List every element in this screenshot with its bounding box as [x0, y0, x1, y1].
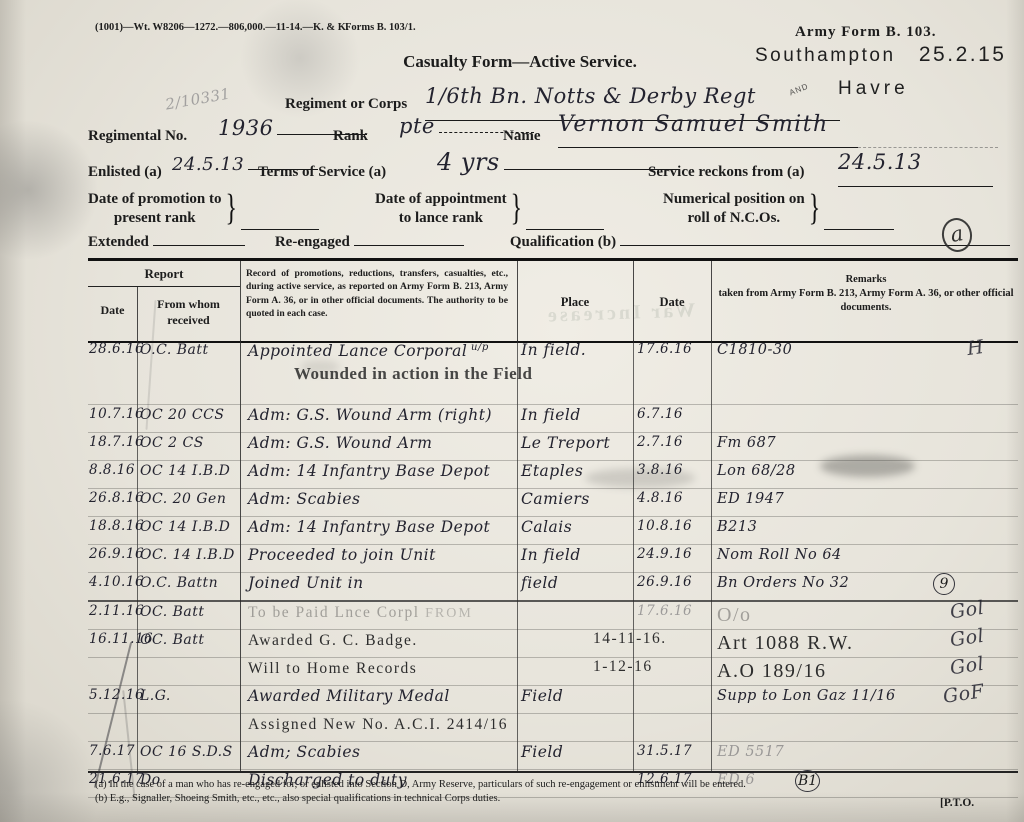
brace: }: [809, 188, 821, 230]
cell-place: field: [521, 575, 633, 593]
promotion-label-2: present rank: [88, 209, 221, 228]
cell-report-date: 18.7.16: [89, 435, 137, 451]
name-label: Name: [503, 128, 541, 145]
table-row: 16.11.16OC. BattAwarded G. C. Badge.14-1…: [88, 630, 1018, 658]
cell-place: Field: [521, 688, 633, 706]
cell-from-whom: OC 14 I.B.D: [140, 519, 240, 535]
cell-date2: 4.8.16: [637, 491, 711, 507]
table-row: 4.10.16O.C. BattnJoined Unit infield26.9…: [88, 573, 1018, 602]
cell-date2: 10.8.16: [637, 519, 711, 535]
table-row: 2.11.16OC. BattTo be Paid Lnce Corpl FRO…: [88, 602, 1018, 630]
wounded-stamp: Wounded in action in the Field: [294, 364, 668, 384]
appointment-label-1: Date of appointment: [375, 190, 507, 209]
cell-from-whom: OC. Batt: [140, 632, 240, 648]
numerical-group: Numerical position on roll of N.C.Os. }: [663, 190, 894, 230]
page-title: Casualty Form—Active Service.: [330, 52, 710, 72]
table-row: 18.8.16OC 14 I.B.DAdm: 14 Infantry Base …: [88, 517, 1018, 545]
cell-report-date: 4.10.16: [89, 575, 137, 591]
margin-initials: H: [965, 336, 985, 360]
cell-date2: 17.6.16: [637, 604, 711, 620]
reckons-label: Service reckons from (a): [648, 164, 804, 181]
havre-stamp: Havre: [838, 78, 909, 100]
promotion-group: Date of promotion to present rank }: [88, 190, 319, 230]
appointment-group: Date of appointment to lance rank }: [375, 190, 604, 230]
terms-label: Terms of Service (a): [258, 164, 386, 181]
cell-place: Calais: [521, 519, 633, 537]
table-row: 26.8.16OC. 20 GenAdm: ScabiesCamiers4.8.…: [88, 489, 1018, 517]
reckons-value: 24.5.13: [838, 150, 922, 174]
stamp-port-name: Southampton: [755, 45, 896, 66]
circled-mark: 9: [933, 573, 955, 595]
cell-report-date: 26.8.16: [89, 491, 137, 507]
table-row: 7.6.17OC 16 S.D.SAdm; ScabiesField31.5.1…: [88, 742, 1018, 770]
margin-initials: Gol: [948, 653, 985, 680]
cell-date2: 26.9.16: [637, 575, 711, 591]
cell-report-date: 26.9.16: [89, 547, 137, 563]
cell-date2: 17.6.16: [637, 342, 711, 358]
cell-place: Camiers: [521, 491, 633, 509]
name-field: Vernon Samuel Smith: [558, 112, 998, 153]
cell-date2: 31.5.17: [637, 744, 711, 760]
margin-initials: Gol: [948, 597, 985, 624]
col-report-date: Date: [88, 303, 137, 318]
ink-smudge: [300, 360, 340, 374]
cell-report-date: 8.8.16: [89, 463, 137, 479]
cell-date2: 24.9.16: [637, 547, 711, 563]
terms-field: 4 yrs: [415, 148, 679, 176]
col-remarks-subtitle: taken from Army Form B. 213, Army Form A…: [714, 287, 1018, 315]
cell-from-whom: OC 14 I.B.D: [140, 463, 240, 479]
cell-date2: 6.7.16: [637, 407, 711, 423]
qualification-label: Qualification (b): [510, 234, 616, 250]
cell-remarks: B213: [717, 519, 1017, 536]
cell-from-whom: OC 16 S.D.S: [140, 744, 240, 760]
cell-from-whom: O.C. Batt: [140, 342, 240, 358]
table-body: 28.6.16O.C. BattAppointed Lance Corporal…: [88, 340, 1018, 773]
reengaged-label: Re-engaged: [275, 234, 350, 250]
cell-stamp-date: 14-11-16.: [593, 630, 723, 648]
numerical-label-1: Numerical position on: [663, 190, 805, 209]
footnote-a: (a) In the case of a man who has re-enga…: [95, 778, 985, 792]
cell-date2: 2.7.16: [637, 435, 711, 451]
table-row: 26.9.16OC. 14 I.B.DProceeded to join Uni…: [88, 545, 1018, 573]
pto-label: [P.T.O.: [940, 797, 974, 809]
cell-from-whom: O.C. Battn: [140, 575, 240, 591]
cell-report-date: 28.6.16: [89, 342, 137, 358]
pencil-number: 2/10331: [164, 84, 232, 113]
col-remarks-title: Remarks: [714, 273, 1018, 287]
col-report: Report: [88, 266, 240, 287]
table-rows-container: 28.6.16O.C. BattAppointed Lance Corporal…: [88, 340, 1018, 798]
form-reference: Forms B. 103/1.: [345, 22, 416, 33]
southampton-stamp: Southampton 25.2.15: [755, 43, 1006, 67]
regiment-label: Regiment or Corps: [285, 96, 407, 113]
cell-place: In field.: [521, 342, 633, 360]
cell-place: In field: [521, 407, 633, 425]
ink-smudge: [820, 455, 915, 477]
cell-remarks: ED 5517: [717, 744, 1017, 761]
col-place: Place: [517, 295, 633, 310]
table-row: Will to Home Records1-12-16A.O 189/16Gol: [88, 658, 1018, 686]
casualty-form-document: (1001)—Wt. W8206—1272.—806,000.—11-14.—K…: [0, 0, 1024, 822]
cell-remarks: Nom Roll No 64: [717, 547, 1017, 564]
cell-stamp-date: 1-12-16: [593, 658, 723, 676]
cell-place: In field: [521, 547, 633, 565]
reg-no-value: 1936: [218, 116, 273, 140]
cell-remarks: ED 1947: [717, 491, 1017, 508]
cell-remarks: Fm 687: [717, 435, 1017, 452]
col-record: Record of promotions, reductions, transf…: [246, 267, 508, 321]
col-remarks: Remarks taken from Army Form B. 213, Arm…: [714, 273, 1018, 316]
table-header: Report Date From whom received Record of…: [88, 258, 1018, 343]
army-form-number: Army Form B. 103.: [795, 24, 937, 41]
margin-initials: Gol: [948, 625, 985, 652]
brace: }: [511, 188, 523, 230]
cell-from-whom: L.G.: [140, 688, 240, 704]
enlisted-label: Enlisted (a): [88, 164, 162, 181]
col-date: Date: [633, 295, 711, 310]
cell-from-whom: OC. Batt: [140, 604, 240, 620]
stamp-port-date: 25.2.15: [919, 43, 1007, 66]
cell-record: Assigned New No. A.C.I. 2414/16: [248, 716, 668, 734]
reg-no-label: Regimental No.: [88, 128, 187, 145]
brace: }: [225, 188, 237, 230]
printer-imprint: (1001)—Wt. W8206—1272.—806,000.—11-14.—K…: [95, 22, 349, 33]
footnote-b: (b) E.g., Signaller, Shoeing Smith, etc.…: [95, 792, 795, 806]
cell-place: Le Treport: [521, 435, 633, 453]
extended-label: Extended: [88, 234, 149, 250]
extended-line: Extended Re-engaged Qualification (b): [88, 233, 1010, 251]
rank-value: pte: [399, 114, 435, 138]
table-row: 10.7.16OC 20 CCSAdm: G.S. Wound Arm (rig…: [88, 405, 1018, 433]
cell-record: To be Paid Lnce Corpl FROM: [248, 604, 668, 622]
appointment-label-2: to lance rank: [375, 209, 507, 228]
table-row: 5.12.16L.G.Awarded Military MedalFieldSu…: [88, 686, 1018, 714]
rank-label: Rank: [333, 128, 368, 145]
table-row: 28.6.16O.C. BattAppointed Lance Corporal…: [88, 340, 1018, 405]
cell-report-date: 5.12.16: [89, 688, 137, 704]
cell-report-date: 10.7.16: [89, 407, 137, 423]
name-value: Vernon Samuel Smith: [558, 112, 829, 137]
cell-from-whom: OC 20 CCS: [140, 407, 240, 423]
cell-remarks: Bn Orders No 32: [717, 575, 1017, 592]
enlisted-value: 24.5.13: [172, 154, 244, 175]
reckons-field: 24.5.13: [838, 150, 1024, 192]
numerical-label-2: roll of N.C.Os.: [663, 209, 805, 228]
cell-place: Field: [521, 744, 633, 762]
table-row: Assigned New No. A.C.I. 2414/16: [88, 714, 1018, 742]
terms-value: 4 yrs: [437, 148, 500, 176]
cell-report-date: 2.11.16: [89, 604, 137, 620]
cell-report-date: 18.8.16: [89, 519, 137, 535]
cell-from-whom: OC. 14 I.B.D: [140, 547, 240, 563]
ink-smudge: [585, 468, 695, 488]
regiment-value: 1/6th Bn. Notts & Derby Regt: [425, 84, 756, 108]
cell-from-whom: OC 2 CS: [140, 435, 240, 451]
promotion-label-1: Date of promotion to: [88, 190, 221, 209]
cell-from-whom: OC. 20 Gen: [140, 491, 240, 507]
